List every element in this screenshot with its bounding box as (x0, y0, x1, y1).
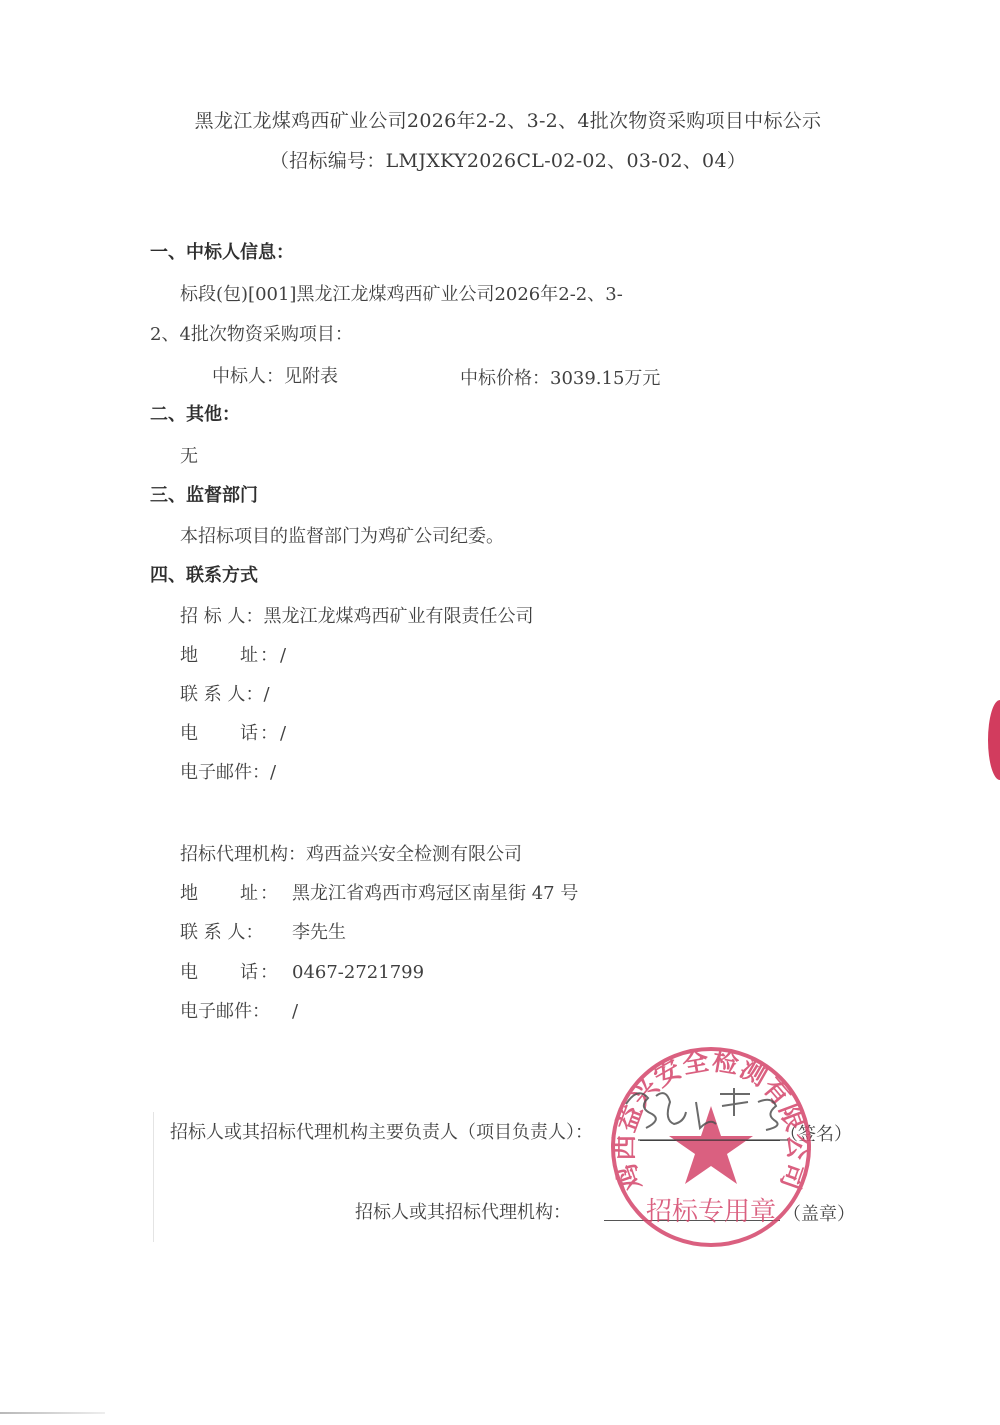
field-value: 黑龙江龙煤鸡西矿业有限责任公司 (263, 606, 533, 627)
margin-rule (153, 1112, 154, 1242)
field-value: / (280, 723, 286, 744)
agency-phone-row: 电 话：0467-2721799 (180, 958, 424, 984)
field-value: 黑龙江省鸡西市鸡冠区南星街 47 号 (292, 883, 578, 904)
field-value: 0467-2721799 (292, 962, 424, 983)
winner-field: 中标人：见附表 (212, 362, 338, 388)
bottom-scan-edge (0, 1412, 105, 1414)
agency-email-row: 电子邮件：/ (180, 997, 298, 1023)
official-seal-stamp: 鸡西益兴安全检测有限公司 招标专用章 (608, 1044, 814, 1250)
field-label: 电 话： (180, 958, 292, 984)
field-label: 招 标 人： (180, 606, 263, 627)
section-heading-other: 二、其他： (150, 400, 240, 426)
field-label: 地 址： (180, 645, 280, 666)
page-edge-seal-fragment (988, 700, 1000, 780)
field-label: 电 话： (180, 723, 280, 744)
lot-description-line2: 2、4批次物资采购项目： (150, 320, 353, 346)
agency-contact-row: 联 系 人：李先生 (180, 918, 346, 944)
field-value: / (270, 762, 276, 783)
supervision-body: 本招标项目的监督部门为鸡矿公司纪委。 (180, 522, 504, 548)
star-icon (669, 1106, 753, 1184)
field-label: 招标代理机构： (180, 844, 306, 865)
field-label: 电子邮件： (180, 762, 270, 783)
field-label: 联 系 人： (180, 684, 263, 705)
winner-value: 见附表 (284, 366, 338, 387)
stamp-center-text: 招标专用章 (646, 1197, 776, 1227)
section-heading-contact: 四、联系方式 (150, 561, 258, 587)
agency-name-row: 招标代理机构：鸡西益兴安全检测有限公司 (180, 840, 522, 866)
tenderer-contact-row: 联 系 人：/ (180, 680, 270, 706)
other-body: 无 (180, 442, 198, 468)
responsible-person-label: 招标人或其招标代理机构主要负责人（项目负责人）： (170, 1118, 593, 1144)
lot-description-line1: 标段(包)[001]黑龙江龙煤鸡西矿业公司2026年2-2、3- (180, 280, 623, 306)
document-title: 黑龙江龙煤鸡西矿业公司2026年2-2、3-2、4批次物资采购项目中标公示 (8, 106, 1000, 133)
section-heading-supervision: 三、监督部门 (150, 481, 258, 507)
tenderer-address-row: 地 址：/ (180, 641, 286, 667)
field-value: / (280, 645, 286, 666)
field-value: 鸡西益兴安全检测有限公司 (306, 844, 522, 865)
section-heading-winner-info: 一、中标人信息： (150, 238, 294, 264)
field-label: 地 址： (180, 879, 292, 905)
field-value: / (292, 1001, 298, 1022)
tenderer-name-row: 招 标 人：黑龙江龙煤鸡西矿业有限责任公司 (180, 602, 533, 628)
tender-number: （招标编号：LMJXKY2026CL-02-02、03-02、04） (8, 146, 1000, 173)
tenderer-phone-row: 电 话：/ (180, 719, 286, 745)
organization-label: 招标人或其招标代理机构： (355, 1198, 571, 1224)
field-label: 电子邮件： (180, 997, 292, 1023)
price-label: 中标价格： (460, 368, 550, 389)
document-page: 黑龙江龙煤鸡西矿业公司2026年2-2、3-2、4批次物资采购项目中标公示 （招… (0, 0, 1000, 1425)
price-field: 中标价格：3039.15万元 (460, 364, 660, 390)
field-value: 李先生 (292, 922, 346, 943)
field-label: 联 系 人： (180, 918, 292, 944)
agency-address-row: 地 址：黑龙江省鸡西市鸡冠区南星街 47 号 (180, 879, 578, 905)
winner-label: 中标人： (212, 366, 284, 387)
price-value: 3039.15万元 (550, 368, 660, 389)
tenderer-email-row: 电子邮件：/ (180, 758, 276, 784)
field-value: / (263, 684, 269, 705)
